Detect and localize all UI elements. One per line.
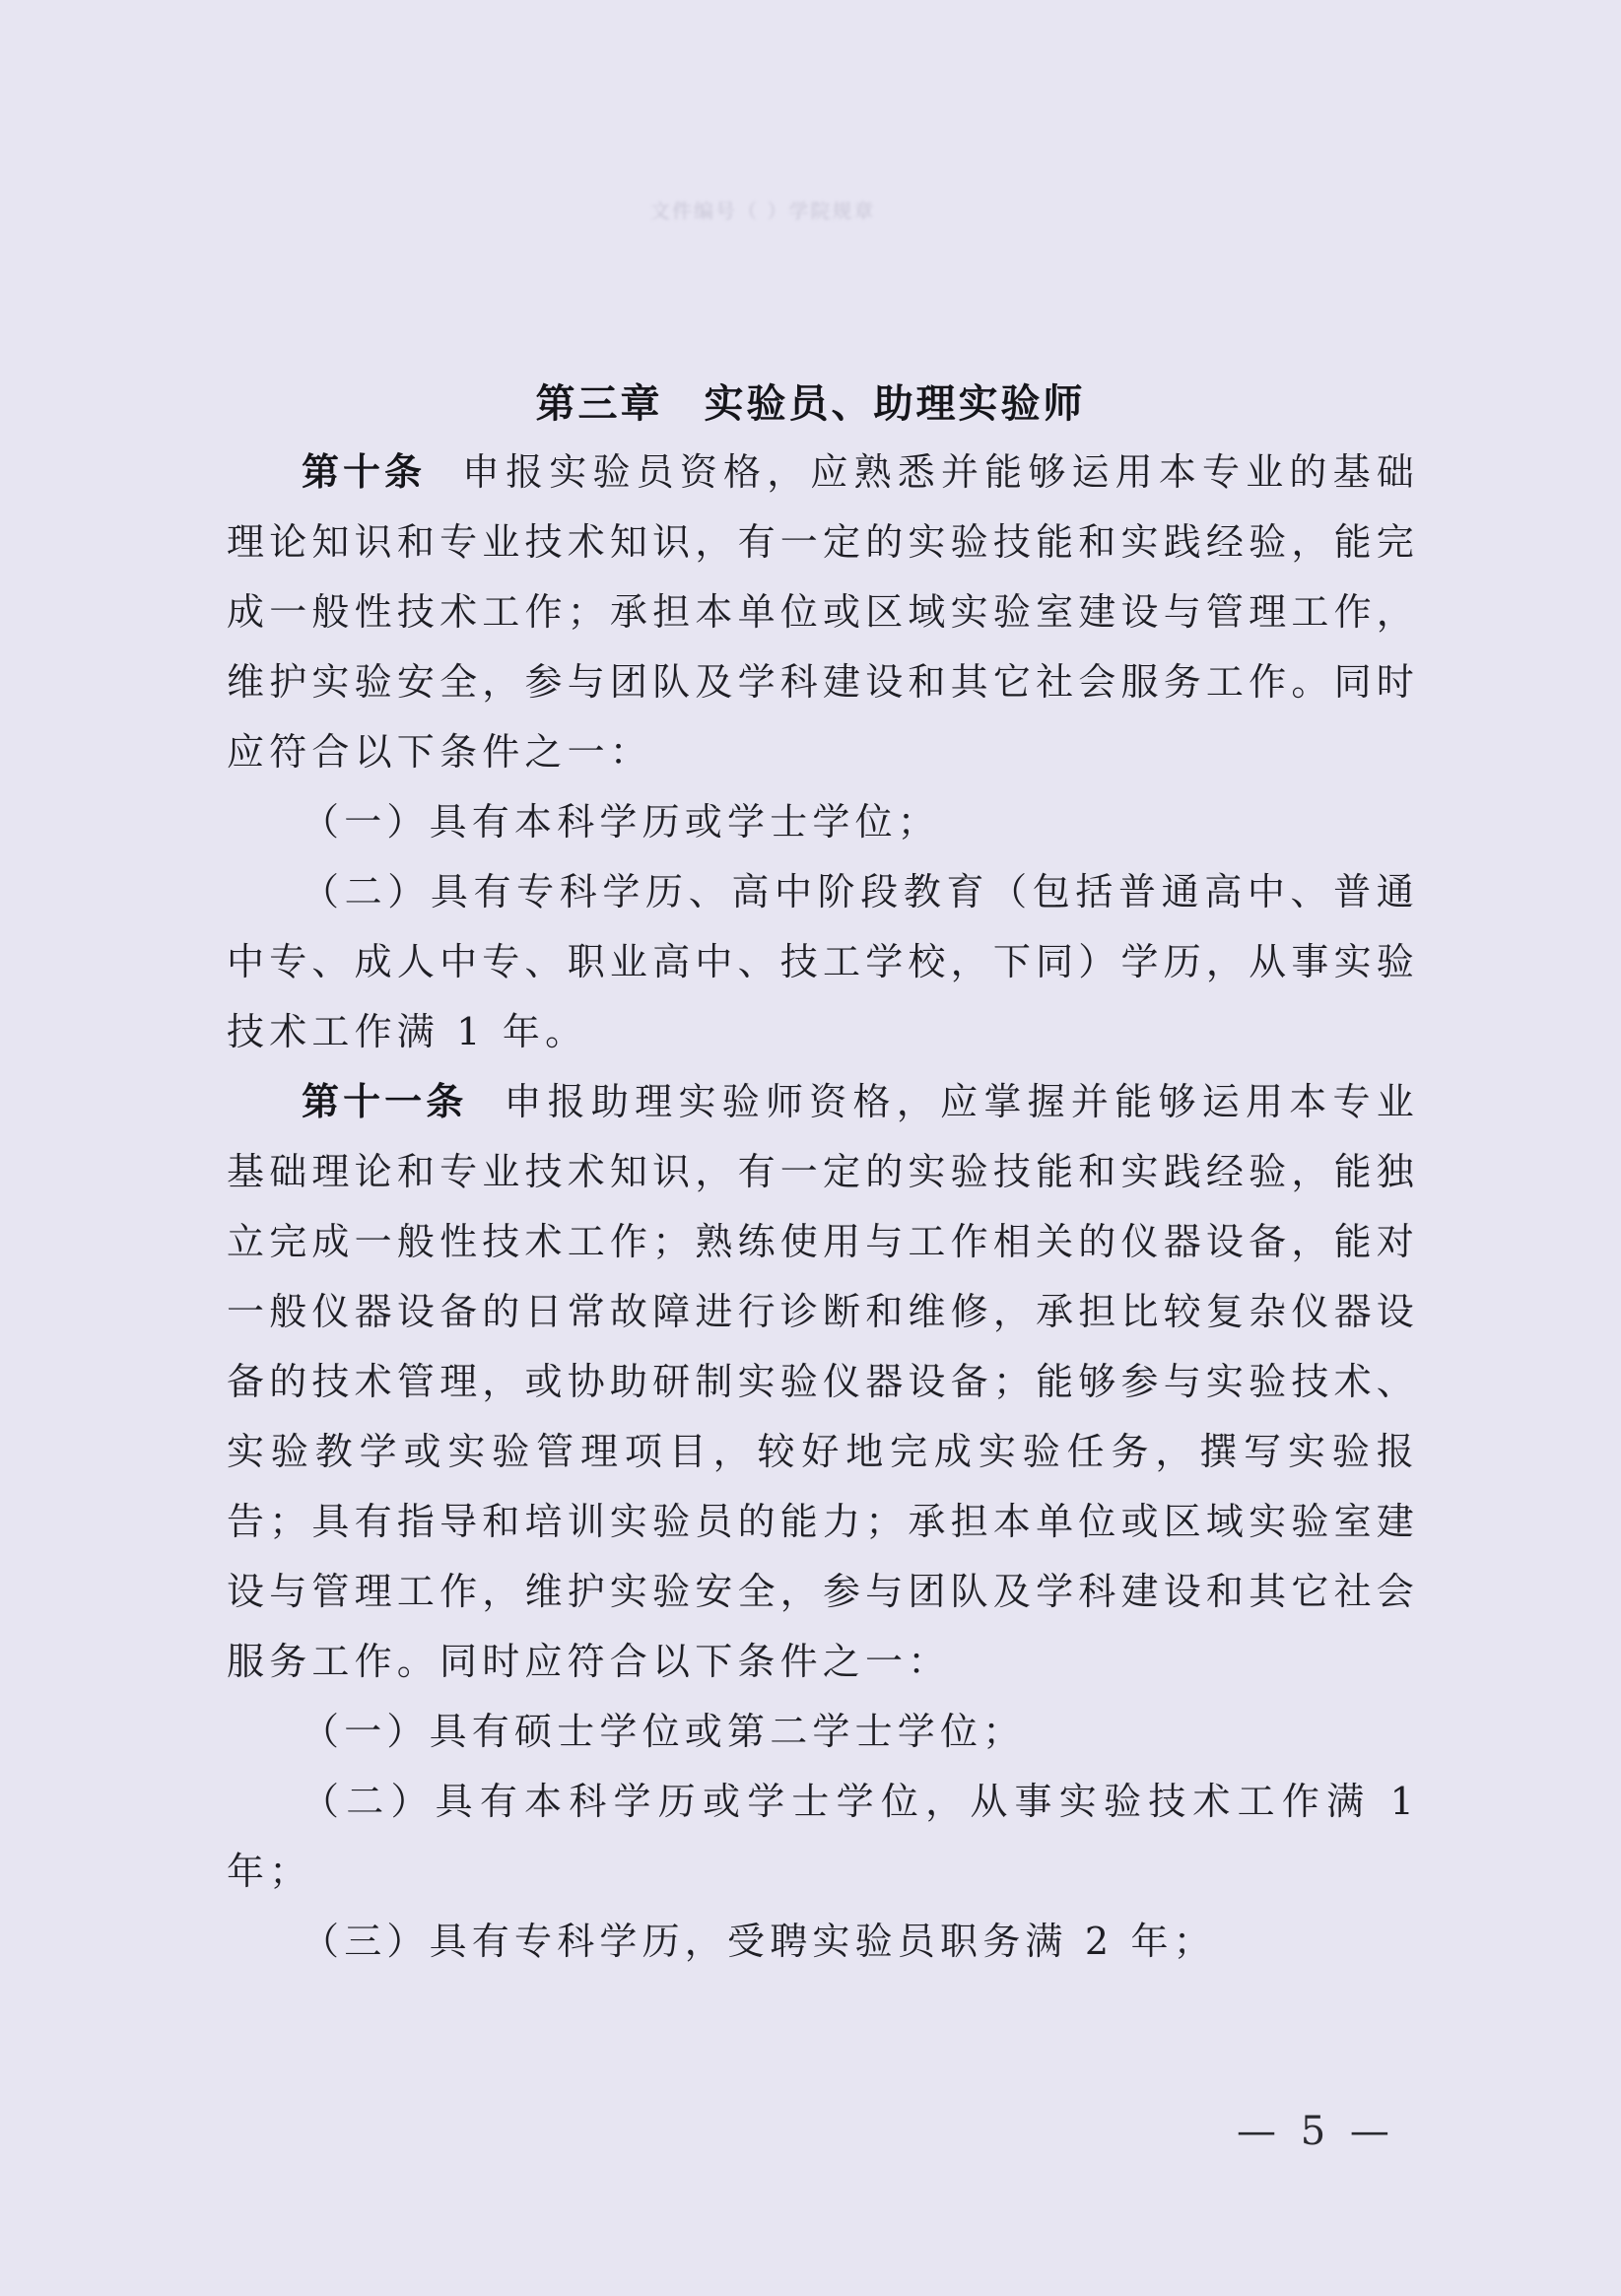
chapter-title: 实验员、助理实验师 xyxy=(705,381,1086,427)
condition-item: （二）具有本科学历或学士学位，从事实验技术工作满 1 年； xyxy=(227,1767,1419,1907)
condition-item: （二）具有专科学历、高中阶段教育（包括普通高中、普通中专、成人中专、职业高中、技… xyxy=(227,857,1419,1067)
bleed-through-text: 文件编号（ ）学院规章 xyxy=(650,195,1035,219)
article-label: 第十一条 xyxy=(302,1080,467,1123)
document-body: 第十条申报实验员资格，应熟悉并能够运用本专业的基础理论知识和专业技术知识，有一定… xyxy=(227,438,1419,1977)
article-text: 申报助理实验师资格，应掌握并能够运用本专业基础理论和专业技术知识，有一定的实验技… xyxy=(227,1080,1419,1683)
article-10-paragraph: 第十条申报实验员资格，应熟悉并能够运用本专业的基础理论知识和专业技术知识，有一定… xyxy=(227,438,1419,787)
page-number: — 5 — xyxy=(1237,2109,1395,2154)
article-text: 申报实验员资格，应熟悉并能够运用本专业的基础理论知识和专业技术知识，有一定的实验… xyxy=(227,450,1419,774)
chapter-number: 第三章 xyxy=(536,381,663,427)
condition-item: （三）具有专科学历，受聘实验员职务满 2 年； xyxy=(227,1907,1419,1977)
condition-item: （一）具有本科学历或学士学位； xyxy=(227,787,1419,857)
article-label: 第十条 xyxy=(302,450,426,494)
chapter-heading: 第三章实验员、助理实验师 xyxy=(0,372,1621,429)
article-11-paragraph: 第十一条申报助理实验师资格，应掌握并能够运用本专业基础理论和专业技术知识，有一定… xyxy=(227,1067,1419,1697)
condition-item: （一）具有硕士学位或第二学士学位； xyxy=(227,1697,1419,1767)
